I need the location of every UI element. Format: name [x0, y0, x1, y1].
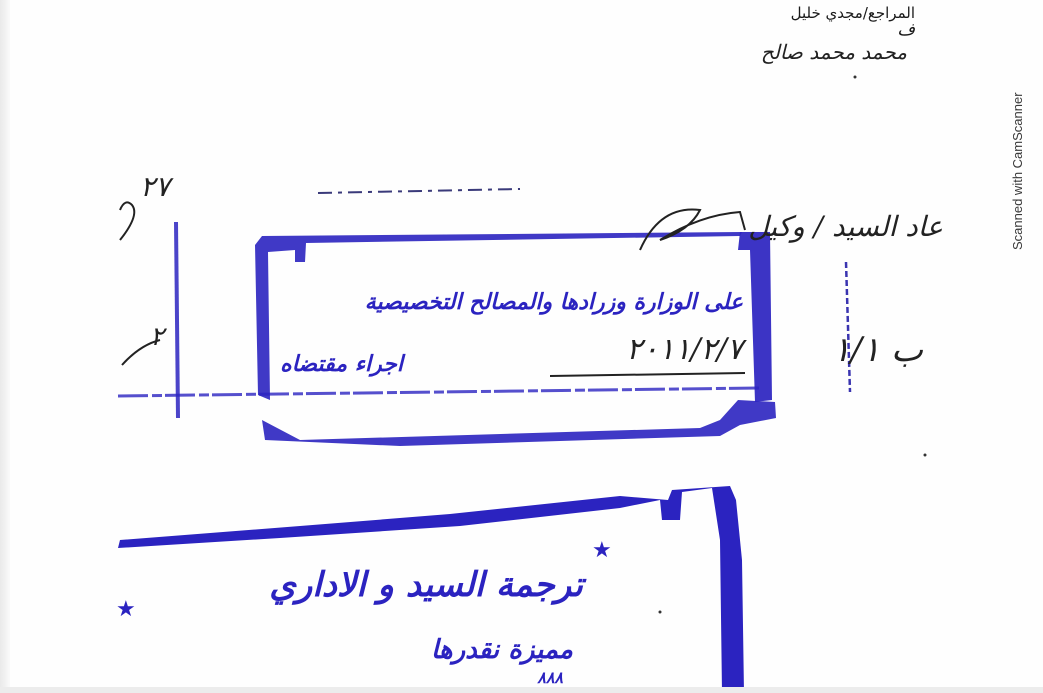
- bottom-stamp-line3: ٨٨٨: [537, 668, 563, 687]
- top-stamp-line1: على الوزارة وزرادها والمصالح التخصيصية: [365, 290, 743, 315]
- right-annotation-line1: عاد السيد / وكيل: [748, 210, 943, 243]
- svg-text:★: ★: [116, 597, 136, 622]
- handwritten-number: ٢٠١١/٢/٧: [626, 332, 743, 367]
- bottom-stamp-line1: ترجمة السيد و الاداري: [269, 565, 583, 605]
- scan-bottom-edge: [0, 687, 1043, 693]
- scanned-page: المراجع/مجدي خليل ف محمد محمد صالح Scann…: [0, 0, 1043, 693]
- margin-note-1: ٢٧: [140, 170, 170, 203]
- bottom-stamp-line2: مميزة نقدرها: [431, 635, 573, 665]
- svg-text:★: ★: [592, 538, 612, 563]
- top-stamp-line2: اجراء مقتضاه: [280, 352, 403, 377]
- right-annotation-line2: ب ١/١: [832, 330, 923, 370]
- margin-note-2: ٢: [150, 322, 164, 352]
